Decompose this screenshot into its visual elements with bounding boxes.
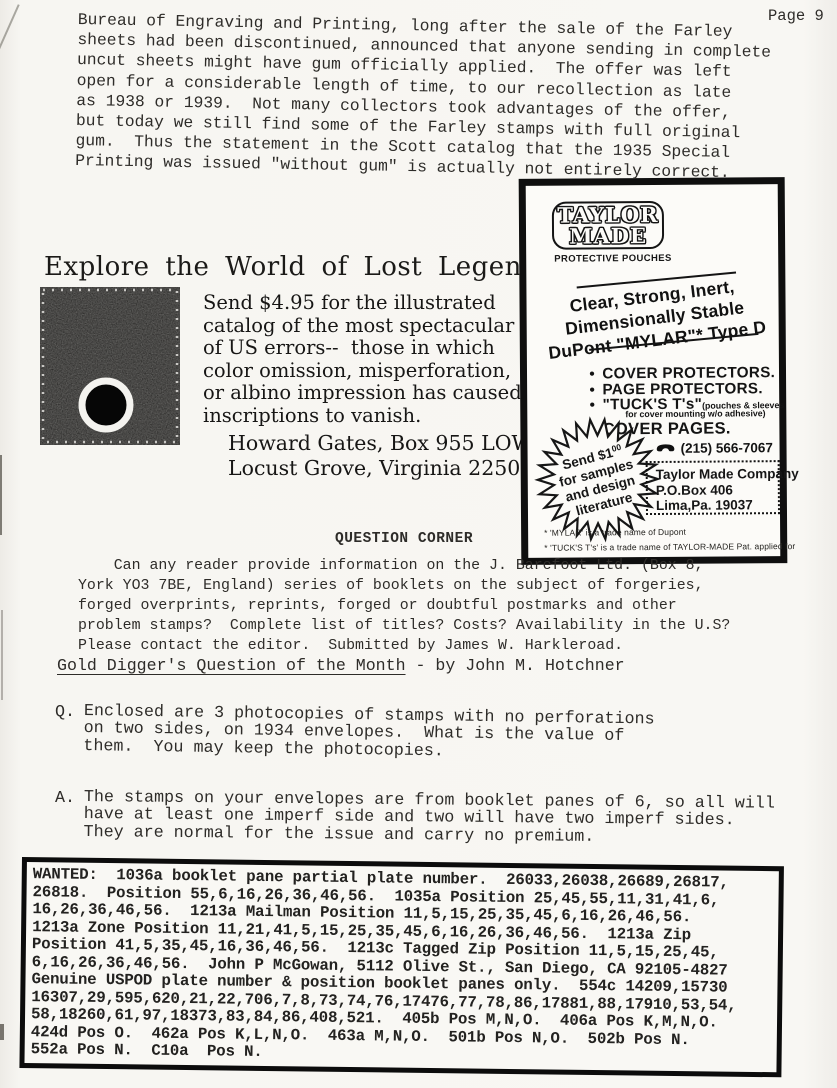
mylar-footnote: * 'MYLAR' is a trade name of Dupont bbox=[544, 527, 686, 538]
starburst: Send $100 for samples and design literat… bbox=[533, 415, 662, 544]
product-bullet-list: ●COVER PROTECTORS. ●PAGE PROTECTORS. ●"T… bbox=[589, 364, 779, 365]
tucks-footnote: * 'TUCK'S T's' is a trade name of TAYLOR… bbox=[544, 541, 795, 553]
phone-row: (215) 566-7067 bbox=[655, 440, 772, 456]
intro-paragraph: Bureau of Engraving and Printing, long a… bbox=[75, 10, 772, 184]
lost-legends-contact: Howard Gates, Box 955 LOW Locust Grove, … bbox=[228, 431, 533, 481]
question-label: Q. bbox=[55, 703, 75, 722]
scan-edge-mark bbox=[1, 610, 3, 700]
gold-digger-byline: - by John M. Hotchner bbox=[406, 656, 625, 675]
logo-word-made: MADE bbox=[554, 225, 662, 247]
logo-subtitle: PROTECTIVE POUCHES bbox=[554, 253, 672, 265]
phone-number: (215) 566-7067 bbox=[680, 440, 772, 456]
gold-digger-underlined: Gold Digger's Question of the Month bbox=[57, 656, 406, 675]
error-stamp-image bbox=[40, 287, 180, 445]
bullet-dot-icon: ● bbox=[589, 384, 595, 395]
scanned-newsletter-page: Page 9 Bureau of Engraving and Printing,… bbox=[0, 0, 837, 1088]
company-address-box: Taylor Made Company P.O.Box 406 Lima,Pa.… bbox=[646, 460, 780, 515]
wanted-classified-text: WANTED: 1036a booklet pane partial plate… bbox=[31, 866, 773, 1068]
lost-legends-body: Send $4.95 for the illustrated catalog o… bbox=[203, 292, 522, 428]
answer-label: A. bbox=[55, 789, 75, 808]
question-text: Enclosed are 3 photocopies of stamps wit… bbox=[83, 703, 655, 764]
answer-text: The stamps on your envelopes are from bo… bbox=[83, 789, 774, 848]
mylar-banner: Clear, Strong, Inert, Dimensionally Stab… bbox=[532, 271, 778, 365]
taylor-made-logo: TAYLOR MADE bbox=[552, 201, 664, 250]
question-corner-title: QUESTION CORNER bbox=[335, 531, 473, 547]
stamp-white-ring bbox=[82, 381, 130, 429]
scan-edge-mark bbox=[0, 455, 2, 535]
gold-digger-heading: Gold Digger's Question of the Month - by… bbox=[57, 656, 625, 675]
scan-edge-mark bbox=[0, 1024, 4, 1040]
scan-scratch-mark bbox=[0, 4, 19, 58]
question-corner-paragraph: Can any reader provide information on th… bbox=[78, 556, 730, 656]
lost-legends-headline: Explore the World of Lost Legends. bbox=[44, 252, 562, 282]
wanted-classified-box: WANTED: 1036a booklet pane partial plate… bbox=[19, 857, 784, 1077]
bullet-dot-icon: ● bbox=[589, 368, 595, 379]
page-number: Page 9 bbox=[768, 7, 824, 25]
taylor-made-ad: TAYLOR MADE PROTECTIVE POUCHES Clear, St… bbox=[519, 177, 788, 565]
bullet-dot-icon: ● bbox=[589, 399, 595, 410]
